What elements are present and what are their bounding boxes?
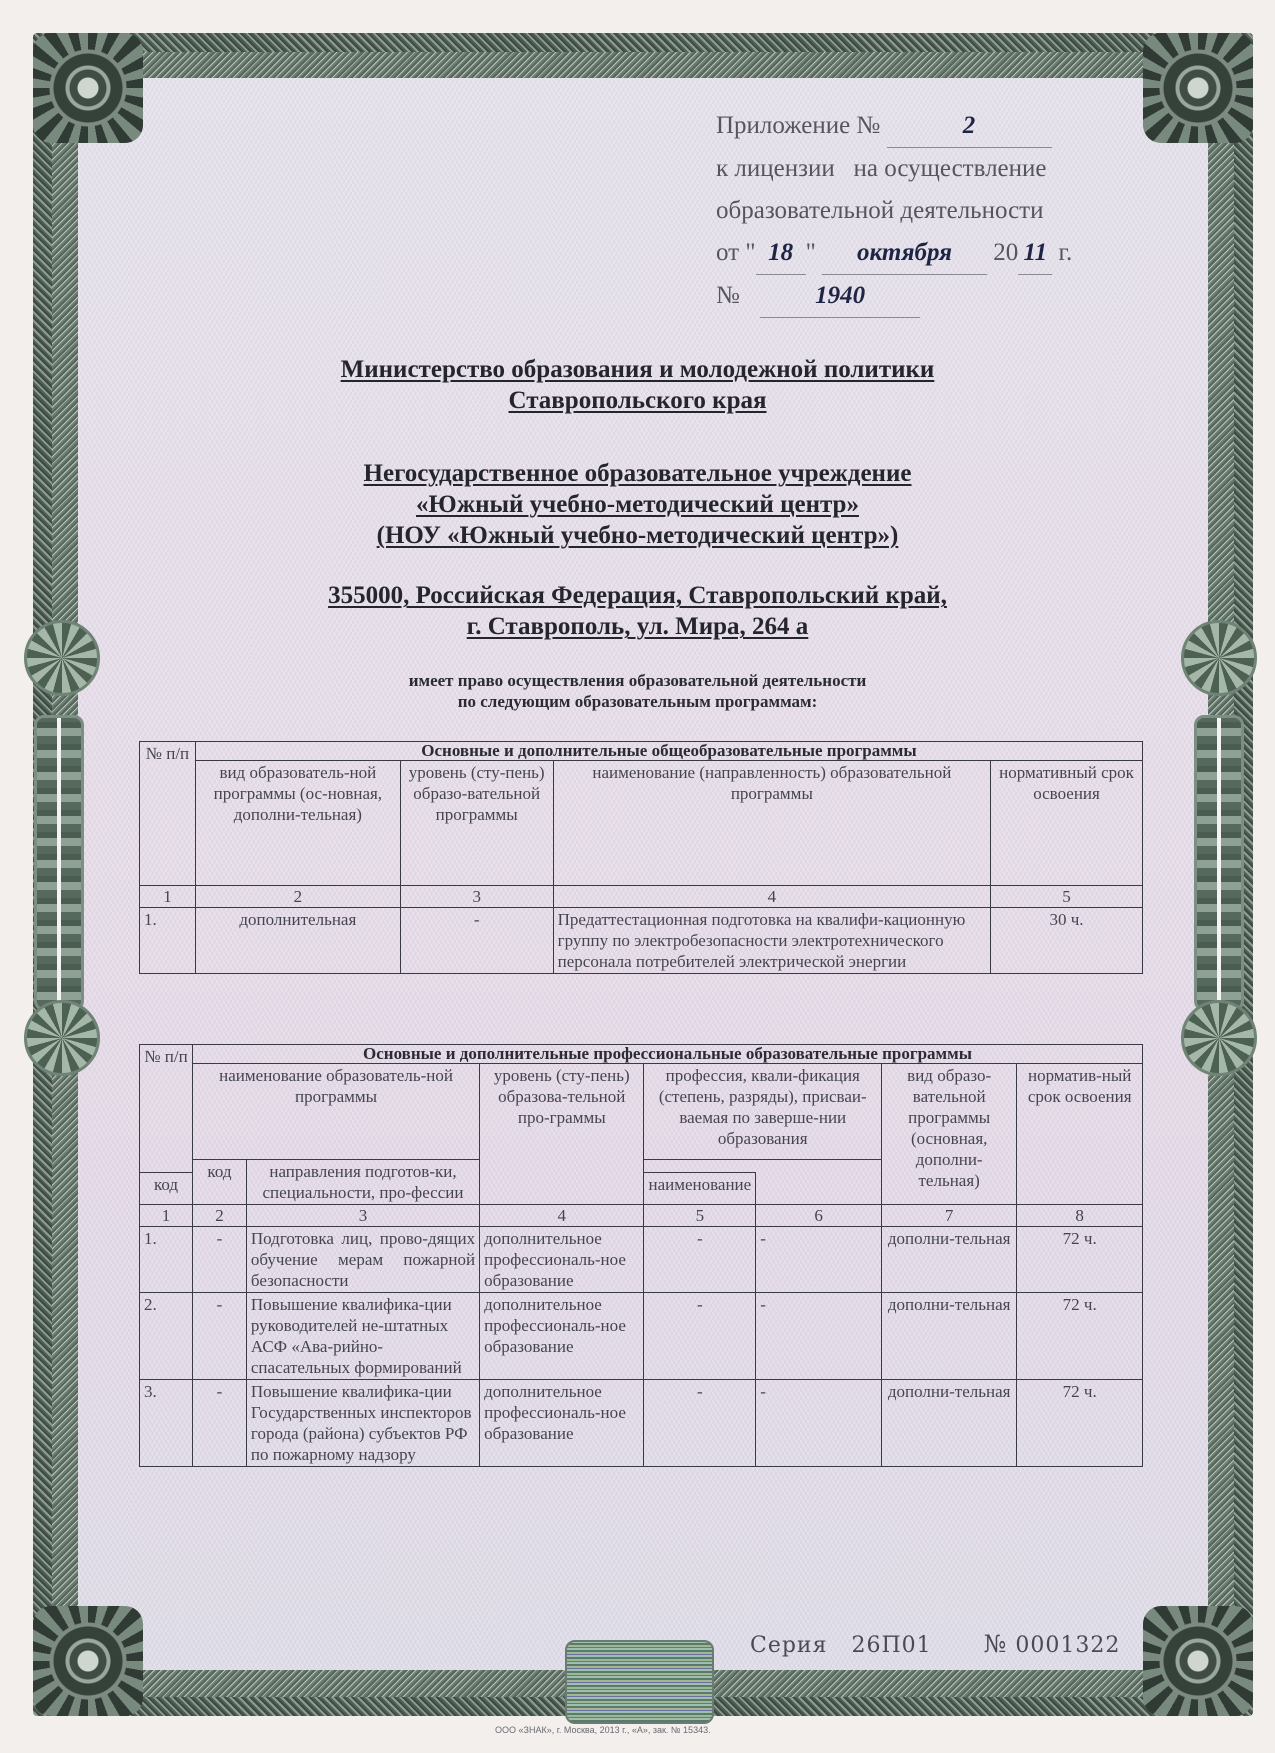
row-no: 1. xyxy=(140,908,196,974)
header-code: код xyxy=(193,1160,247,1205)
row-kind: дополни-тельная xyxy=(882,1380,1017,1467)
row-code: - xyxy=(193,1380,247,1467)
col-number: 6 xyxy=(756,1205,882,1227)
printer-imprint: ООО «ЗНАК», г. Москва, 2013 г., «А», зак… xyxy=(495,1725,711,1735)
table1-title: Основные и дополнительные общеобразовате… xyxy=(195,742,1142,761)
col-number: 1 xyxy=(140,1205,193,1227)
authority-name: Министерство образования и молодежной по… xyxy=(200,354,1075,416)
appendix-label: Приложение № xyxy=(716,112,880,139)
row-level: - xyxy=(400,908,553,974)
professional-programs-table: № п/п Основные и дополнительные професси… xyxy=(139,1044,1143,1467)
rights-line2: по следующим образовательным программам: xyxy=(330,691,945,712)
row-qualification-code: - xyxy=(644,1293,756,1380)
year-unit: г. xyxy=(1059,239,1073,266)
knot-ornament-right-top-icon xyxy=(1181,620,1257,696)
organization-line3: (НОУ «Южный учебно-методический центр») xyxy=(377,522,899,549)
header-duration: норматив-ный срок освоения xyxy=(1017,1064,1143,1205)
corner-ornament-top-right-icon xyxy=(1143,33,1253,143)
row-name: Подготовка лиц, прово-дящих обучение мер… xyxy=(246,1227,479,1293)
row-qualification-name: - xyxy=(756,1380,882,1467)
series-value: 26П01 xyxy=(851,1633,931,1658)
organization-name: Негосударственное образовательное учрежд… xyxy=(200,458,1075,551)
form-number-label: № xyxy=(984,1630,1008,1658)
appendix-line2: к лицензии на осуществление xyxy=(716,148,1116,190)
organization-address: 355000, Российская Федерация, Ставрополь… xyxy=(200,580,1075,642)
row-no: 2. xyxy=(140,1293,193,1380)
binding-clasp-right-icon xyxy=(1194,715,1244,1011)
corner-ornament-top-left-icon xyxy=(33,33,143,143)
row-level: дополнительное профессиональ-ное образов… xyxy=(480,1380,644,1467)
header-qualification: профессия, квали-фикация (степень, разря… xyxy=(644,1064,882,1160)
header-qualification-name: наименование xyxy=(644,1173,756,1205)
year-prefix: 20 xyxy=(993,239,1018,266)
col-no-header: № п/п xyxy=(140,742,196,886)
table-row: 1. дополнительная - Предаттестационная п… xyxy=(140,908,1143,974)
appendix-number: 2 xyxy=(887,105,1052,148)
table-row: 1. - Подготовка лиц, прово-дящих обучени… xyxy=(140,1227,1143,1293)
header-program-kind: вид образователь-ной программы (ос-новна… xyxy=(195,761,400,886)
date-sep: " xyxy=(806,239,816,266)
row-name: Предаттестационная подготовка на квалифи… xyxy=(553,908,990,974)
corner-ornament-bottom-left-icon xyxy=(33,1606,143,1716)
address-line2: г. Ставрополь, ул. Мира, 264 а xyxy=(467,613,809,640)
authority-line1: Министерство образования и молодежной по… xyxy=(341,356,935,383)
year-suffix: 11 xyxy=(1018,232,1052,275)
knot-ornament-left-top-icon xyxy=(24,620,100,696)
row-qualification-code: - xyxy=(644,1380,756,1467)
header-direction: направления подготов-ки, специальности, … xyxy=(246,1160,479,1205)
col-number: 2 xyxy=(193,1205,247,1227)
header-program-duration: нормативный срок освоения xyxy=(991,761,1143,886)
hologram-seal-icon xyxy=(565,1640,714,1724)
col-number: 8 xyxy=(1017,1205,1143,1227)
header-program-kind: вид образо-вательной программы (основная… xyxy=(882,1064,1017,1205)
row-qualification-code: - xyxy=(644,1227,756,1293)
row-qualification-name: - xyxy=(756,1227,882,1293)
corner-ornament-bottom-right-icon xyxy=(1143,1606,1253,1716)
knot-ornament-right-bottom-icon xyxy=(1181,1000,1257,1076)
table-row: 3. - Повышение квалифика-ции Государстве… xyxy=(140,1380,1143,1467)
col-number: 4 xyxy=(553,886,990,908)
row-name: Повышение квалифика-ции Государственных … xyxy=(246,1380,479,1467)
appendix-header: Приложение № 2 к лицензии на осуществлен… xyxy=(716,105,1116,318)
row-no: 3. xyxy=(140,1380,193,1467)
rights-statement: имеет право осуществления образовательно… xyxy=(330,670,945,712)
knot-ornament-left-bottom-icon xyxy=(24,1000,100,1076)
row-no: 1. xyxy=(140,1227,193,1293)
row-duration: 72 ч. xyxy=(1017,1293,1143,1380)
col-number: 3 xyxy=(246,1205,479,1227)
col-number: 1 xyxy=(140,886,196,908)
table2-title: Основные и дополнительные профессиональн… xyxy=(193,1045,1143,1064)
row-duration: 72 ч. xyxy=(1017,1227,1143,1293)
date-prefix: от " xyxy=(716,239,756,266)
license-number: 1940 xyxy=(760,275,920,318)
row-duration: 72 ч. xyxy=(1017,1380,1143,1467)
form-serial: Серия 26П01 № 0001322 xyxy=(750,1630,1120,1658)
row-kind: дополни-тельная xyxy=(882,1227,1017,1293)
col-number: 5 xyxy=(644,1205,756,1227)
row-qualification-name: - xyxy=(756,1293,882,1380)
row-kind: дополни-тельная xyxy=(882,1293,1017,1380)
authority-line2: Ставропольского края xyxy=(508,387,766,414)
header-program-level: уровень (сту-пень) образова-тельной про-… xyxy=(480,1064,644,1205)
row-kind: дополнительная xyxy=(195,908,400,974)
col-number: 7 xyxy=(882,1205,1017,1227)
row-level: дополнительное профессиональ-ное образов… xyxy=(480,1293,644,1380)
header-spacer xyxy=(644,1160,882,1173)
binding-clasp-left-icon xyxy=(34,715,84,1011)
organization-line1: Негосударственное образовательное учрежд… xyxy=(364,460,912,487)
series-label: Серия xyxy=(750,1633,827,1658)
date-month: октября xyxy=(822,232,987,275)
license-no-label: № xyxy=(716,282,740,309)
row-level: дополнительное профессиональ-ное образов… xyxy=(480,1227,644,1293)
header-program-name: наименование (направленность) образовате… xyxy=(553,761,990,886)
rights-line1: имеет право осуществления образовательно… xyxy=(330,670,945,691)
row-duration: 30 ч. xyxy=(991,908,1143,974)
col-number: 4 xyxy=(480,1205,644,1227)
header-program-level: уровень (сту-пень) образо-вательной прог… xyxy=(400,761,553,886)
appendix-line3: образовательной деятельности xyxy=(716,190,1116,232)
date-day: 18 xyxy=(756,232,806,275)
col-number: 3 xyxy=(400,886,553,908)
header-qualification-code: код xyxy=(140,1173,193,1205)
header-program-name: наименование образователь-ной программы xyxy=(193,1064,480,1160)
organization-line2: «Южный учебно-методический центр» xyxy=(416,491,859,518)
address-line1: 355000, Российская Федерация, Ставрополь… xyxy=(328,582,947,609)
row-name: Повышение квалифика-ции руководителей не… xyxy=(246,1293,479,1380)
row-code: - xyxy=(193,1227,247,1293)
row-code: - xyxy=(193,1293,247,1380)
general-programs-table: № п/п Основные и дополнительные общеобра… xyxy=(139,741,1143,974)
col-number: 2 xyxy=(195,886,400,908)
col-number: 5 xyxy=(991,886,1143,908)
form-number-value: 0001322 xyxy=(1015,1633,1120,1658)
col-no-header: № п/п xyxy=(140,1045,193,1173)
table-row: 2. - Повышение квалифика-ции руководител… xyxy=(140,1293,1143,1380)
